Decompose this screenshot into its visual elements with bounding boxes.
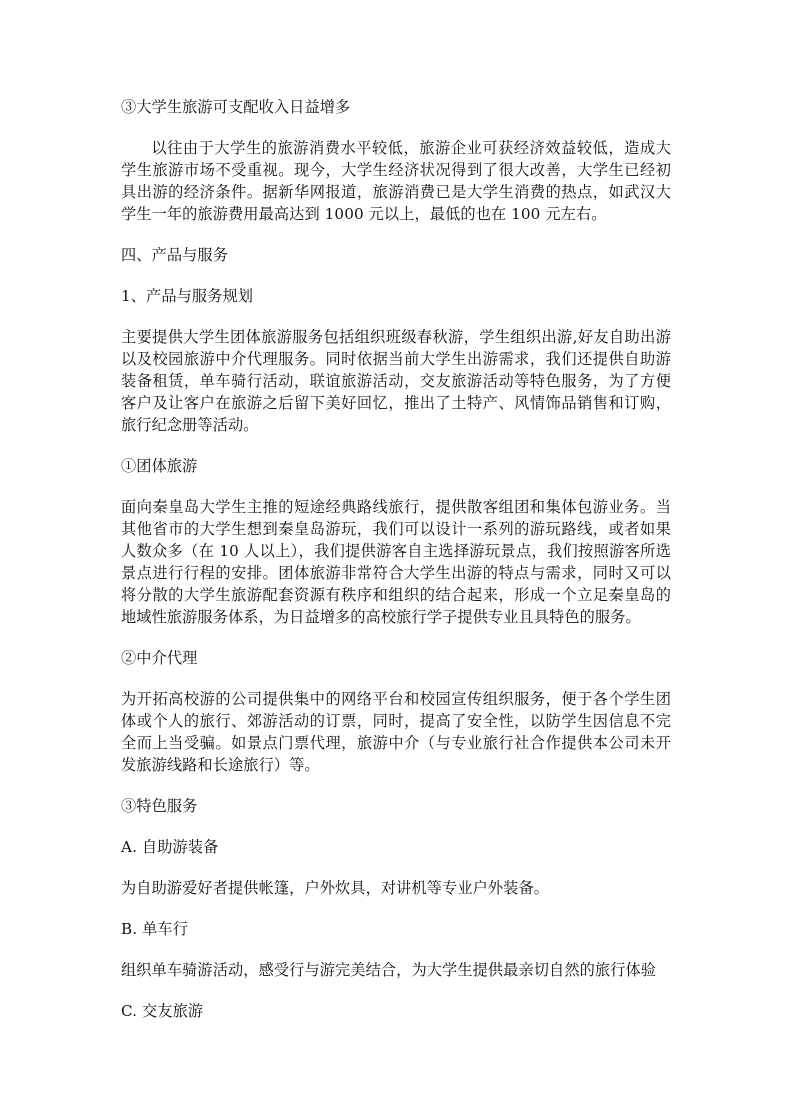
item-heading-special-services: ③特色服务: [121, 795, 671, 817]
paragraph-disposable-income: 以往由于大学生的旅游消费水平较低，旅游企业可获经济效益较低，造成大学生旅游市场不…: [121, 137, 671, 225]
paragraph-service-planning: 主要提供大学生团体旅游服务包括组织班级春秋游，学生组织出游,好友自助出游以及校园…: [121, 326, 671, 436]
sub-item-heading-cycling: B. 单车行: [121, 918, 671, 940]
sub-item-heading-social-travel: C. 交友旅游: [121, 1000, 671, 1022]
paragraph-group-travel: 面向秦皇岛大学生主推的短途经典路线旅行，提供散客组团和集体包游业务。当其他省市的…: [121, 496, 671, 628]
paragraph-cycling: 组织单车骑游活动，感受行与游完美结合，为大学生提供最亲切自然的旅行体验: [121, 959, 671, 981]
sub-item-heading-self-guided-gear: A. 自助游装备: [121, 836, 671, 858]
section-heading-products-services: 四、产品与服务: [121, 244, 671, 266]
subsection-heading-service-planning: 1、产品与服务规划: [121, 285, 671, 307]
item-heading-group-travel: ①团体旅游: [121, 455, 671, 477]
paragraph-agency: 为开拓高校游的公司提供集中的网络平台和校园宣传组织服务，便于各个学生团体或个人的…: [121, 688, 671, 776]
document-page: ③大学生旅游可支配收入日益增多 以往由于大学生的旅游消费水平较低，旅游企业可获经…: [121, 96, 671, 1041]
subsection-heading-disposable-income: ③大学生旅游可支配收入日益增多: [121, 96, 671, 118]
paragraph-self-guided-gear: 为自助游爱好者提供帐篷，户外炊具，对讲机等专业户外装备。: [121, 877, 671, 899]
item-heading-agency: ②中介代理: [121, 647, 671, 669]
